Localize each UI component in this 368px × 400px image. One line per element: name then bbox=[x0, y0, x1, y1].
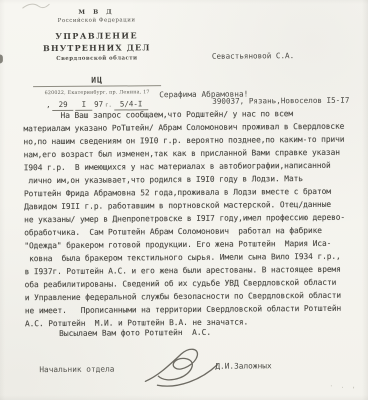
letterhead: М В Д Российской Федерации УПРАВЛЕНИЕ ВН… bbox=[16, 8, 177, 111]
signature-name: Д.И.Заложных bbox=[215, 361, 271, 370]
scan-corner-dots: · . , bbox=[329, 383, 357, 390]
scan-tilt-wrapper: М В Д Российской Федерации УПРАВЛЕНИЕ ВН… bbox=[0, 0, 368, 400]
closing-line: Высылаем Вам фото Ротштейн А.С. bbox=[59, 328, 211, 338]
letterhead-org-country: Российской Федерации bbox=[17, 17, 177, 24]
letterhead-org-region: Свердловской области bbox=[17, 55, 177, 62]
letterhead-unit: ИЦ bbox=[33, 75, 161, 87]
letterhead-org-name-line1: УПРАВЛЕНИЕ bbox=[17, 30, 177, 41]
date-year: 97 bbox=[94, 100, 103, 109]
signature-title: Начальник отдела bbox=[39, 365, 114, 375]
pencil-mark bbox=[20, 1, 50, 11]
handwritten-signature-scribble bbox=[139, 345, 223, 394]
body-line: не имеет. Прописанными на территории Све… bbox=[25, 302, 361, 318]
scan-edge-speck bbox=[0, 54, 3, 63]
body-line: I904 г.р. В имеющихся у нас материалах в… bbox=[24, 159, 360, 175]
letterhead-org-name-line2: ВНУТРЕННИХ ДЕЛ bbox=[17, 42, 177, 53]
letter-body: На Ваш запрос сообщаем,что Родштейн/ у н… bbox=[23, 107, 361, 331]
date-prefix: , bbox=[46, 100, 51, 109]
letterhead-unit-row: ИЦ bbox=[17, 67, 177, 87]
scanned-letter-page: М В Д Российской Федерации УПРАВЛЕНИЕ ВН… bbox=[0, 0, 368, 400]
recipient-name: Севастьяновой С.А. bbox=[212, 48, 349, 64]
salutation: Серафима Абрамовна! bbox=[159, 89, 248, 99]
letterhead-address: 620022, Екатеринбург, пр. Ленина, 17 bbox=[17, 90, 177, 96]
